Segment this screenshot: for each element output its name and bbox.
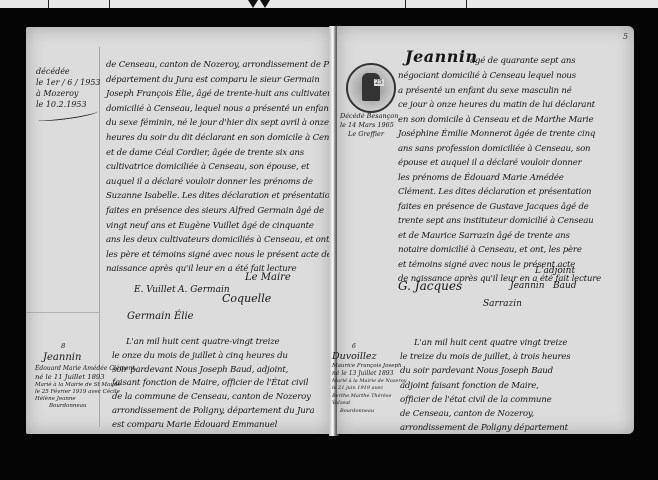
seal-figure-icon xyxy=(362,73,380,101)
signature: Sarrazin xyxy=(483,299,522,309)
right-entry2-text: L'an mil huit cent quatre vingt treize l… xyxy=(400,336,571,435)
signature: Baud xyxy=(553,281,577,291)
left-margin-death-note: décédée le 1er / 6 / 1953 à Mozeroy le 1… xyxy=(36,66,101,110)
right-record-heading-name: Jeannin xyxy=(405,50,478,65)
divider xyxy=(48,0,49,8)
right-entry2-margin: 6 Duvoillez Maurice François Joseph né l… xyxy=(332,343,407,415)
fiscal-stamp-seal: 25 xyxy=(346,63,396,113)
left-closing-le-maire: Le Maire xyxy=(245,272,291,283)
right-record-text-cont: négociant domicilié à Censeau lequel nou… xyxy=(398,69,601,287)
signature: Germain Élie xyxy=(127,311,194,322)
signature: Jeannin xyxy=(510,281,545,291)
right-record-text: âgé de quarante sept ans xyxy=(470,54,575,69)
stamp-value: 25 xyxy=(374,79,384,86)
divider xyxy=(405,0,406,8)
divider xyxy=(109,0,110,8)
left-entry2-text: L'an mil huit cent quatre-vingt treize l… xyxy=(112,336,314,433)
page-number: 5 xyxy=(623,32,628,41)
right-margin-death-note: Décédé Besançon le 14 Mars 1965 Le Greff… xyxy=(340,112,398,139)
signature: E. Vuillet xyxy=(134,285,176,295)
left-record-text: de Censeau, canton de Nozeroy, arrondiss… xyxy=(106,58,354,277)
divider xyxy=(466,0,467,8)
binding-notch xyxy=(260,0,270,8)
signature: G. Jacques xyxy=(398,279,462,293)
right-closing-adjoint: L'adjoint xyxy=(535,266,575,276)
binding-notch xyxy=(248,0,258,8)
signature: Coquelle xyxy=(222,292,271,305)
scan-top-strip xyxy=(0,0,658,8)
entry-separator xyxy=(26,312,99,313)
